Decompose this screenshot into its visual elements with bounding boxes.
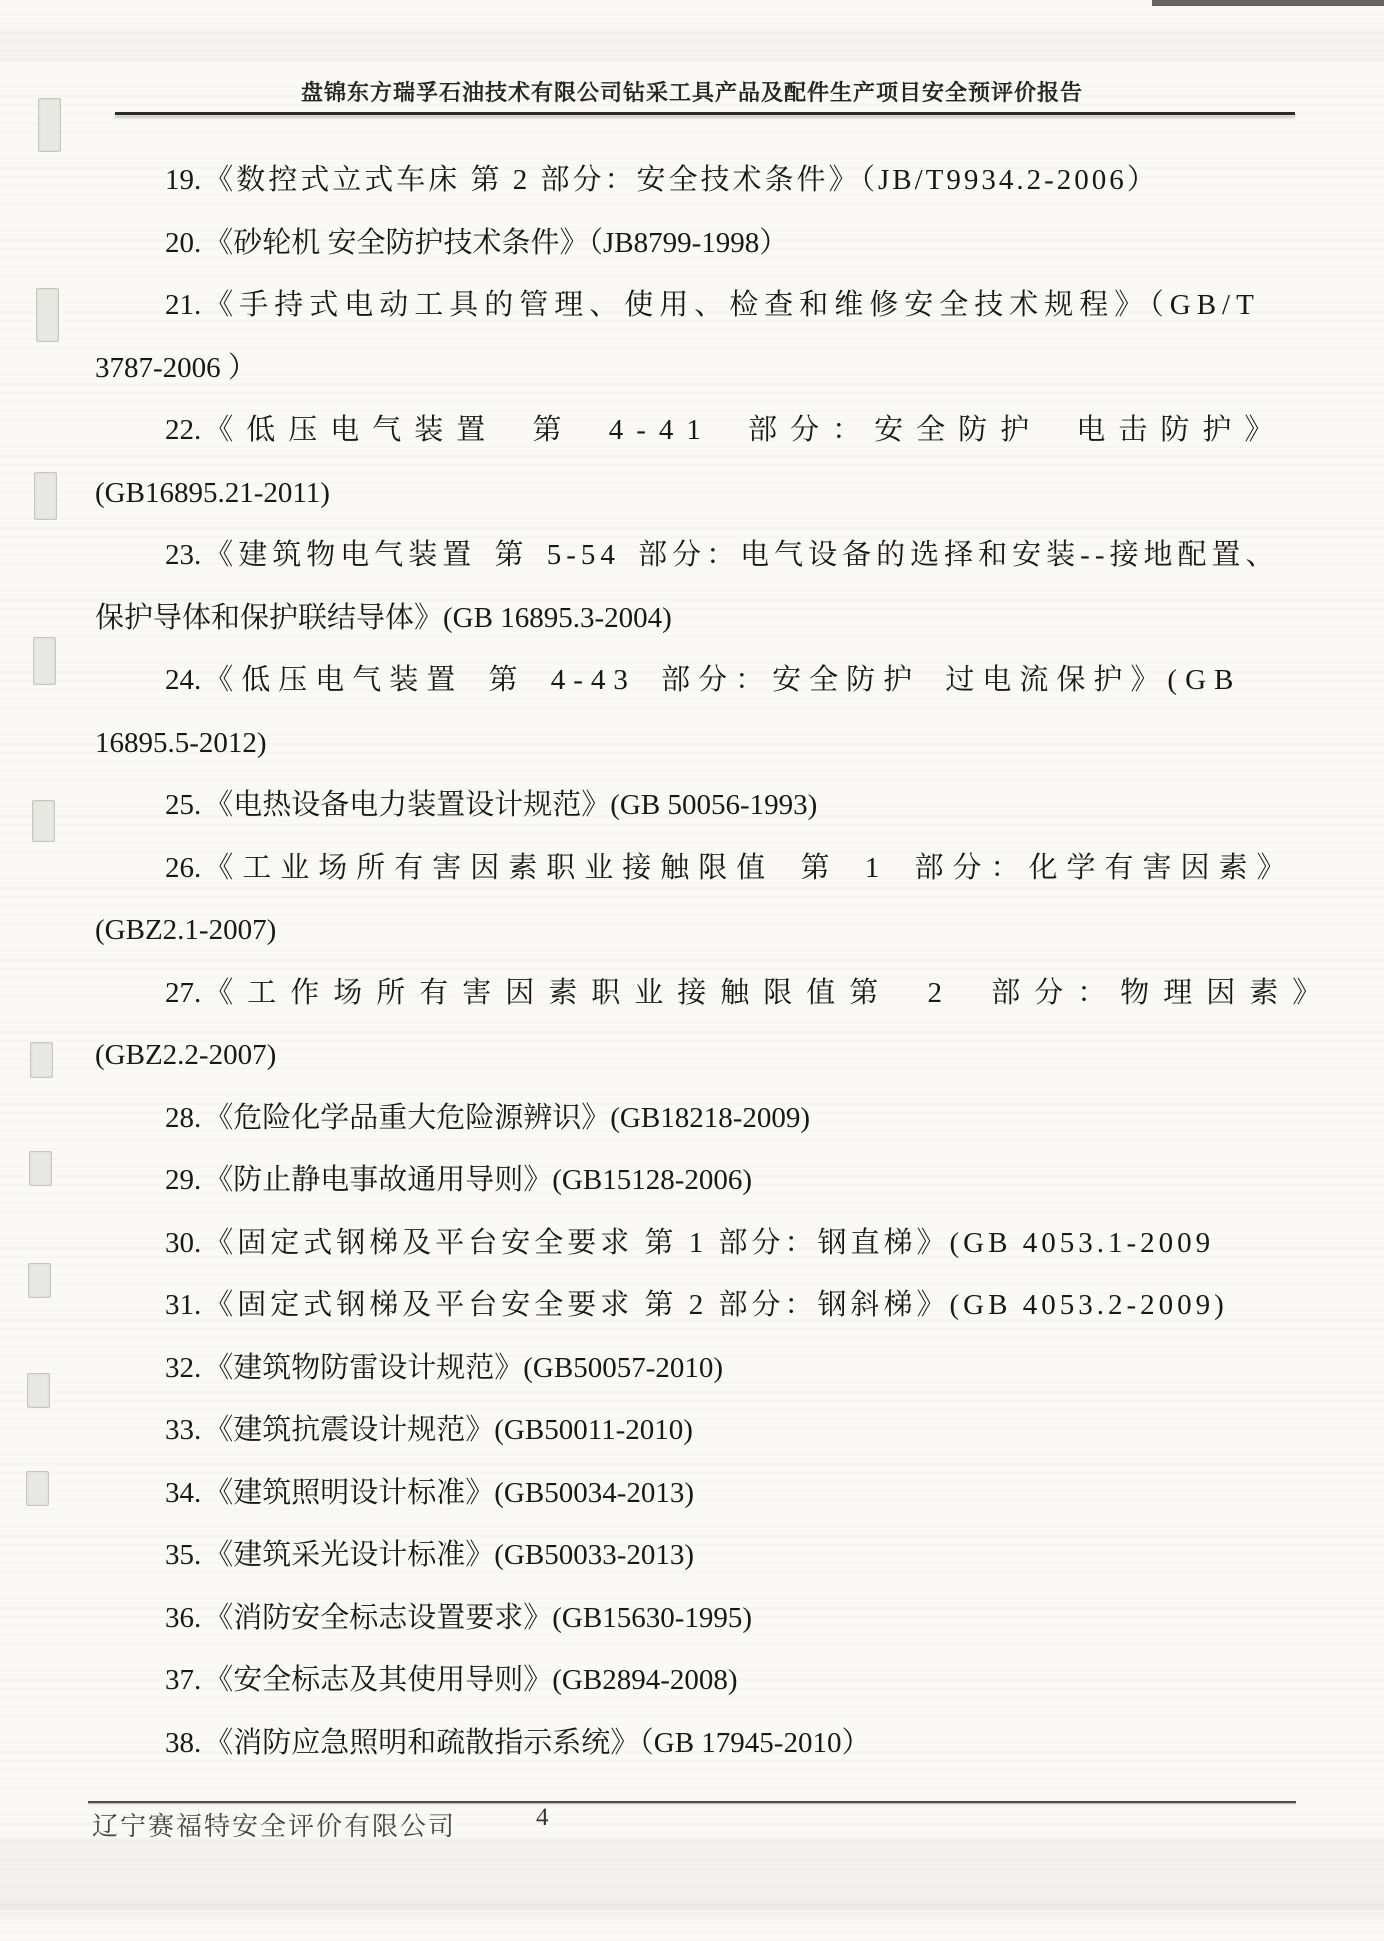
item-number: 23. xyxy=(165,524,201,587)
list-item: 27.《工作场所有害因素职业接触限值第 2 部分：物理因素》 xyxy=(95,962,1292,1025)
item-number: 33. xyxy=(165,1399,201,1462)
list-item-continuation: 保护导体和保护联结导体》(GB 16895.3-2004) xyxy=(95,587,1292,650)
item-text: 《砂轮机 安全防护技术条件》（JB8799-1998） xyxy=(204,227,788,259)
item-text: 《建筑物电气装置 第 5-54 部分：电气设备的选择和安装--接地配置、 xyxy=(204,539,1279,571)
list-item-continuation: 3787-2006 ） xyxy=(95,337,1292,400)
list-item-continuation: (GBZ2.2-2007) xyxy=(95,1024,1292,1087)
item-text: 《消防应急照明和疏散指示系统》（GB 17945-2010） xyxy=(204,1727,870,1759)
scan-streak xyxy=(0,28,1384,62)
item-number: 37. xyxy=(165,1649,201,1712)
item-number: 21. xyxy=(165,274,201,337)
binding-hole xyxy=(28,1263,51,1298)
item-text: 《固定式钢梯及平台安全要求 第 2 部分：钢斜梯》(GB 4053.2-2009… xyxy=(204,1289,1228,1321)
item-number: 24. xyxy=(165,649,201,712)
item-number: 36. xyxy=(165,1587,201,1650)
scan-edge-shadow xyxy=(1152,0,1384,6)
item-text: 《低压电气装置 第 4-41 部分：安全防护 电击防护》 xyxy=(204,414,1286,446)
list-item: 20.《砂轮机 安全防护技术条件》（JB8799-1998） xyxy=(95,212,1292,275)
item-text: 《电热设备电力装置设计规范》(GB 50056-1993) xyxy=(204,789,817,821)
list-item: 34.《建筑照明设计标准》(GB50034-2013) xyxy=(95,1462,1292,1525)
item-number: 29. xyxy=(165,1149,201,1212)
item-number: 25. xyxy=(165,774,201,837)
list-item: 26.《工业场所有害因素职业接触限值 第 1 部分：化学有害因素》 xyxy=(95,837,1292,900)
item-number: 30. xyxy=(165,1212,201,1275)
binding-hole xyxy=(26,1471,49,1506)
list-item-continuation: 16895.5-2012) xyxy=(95,712,1292,775)
item-text: 《消防安全标志设置要求》(GB15630-1995) xyxy=(204,1602,752,1634)
binding-hole xyxy=(29,1151,52,1186)
list-item: 38.《消防应急照明和疏散指示系统》（GB 17945-2010） xyxy=(95,1712,1292,1775)
binding-hole xyxy=(27,1373,50,1408)
item-text: 《低压电气装置 第 4-43 部分：安全防护 过电流保护》(GB xyxy=(204,664,1241,696)
binding-hole xyxy=(33,637,56,685)
list-item: 24.《低压电气装置 第 4-43 部分：安全防护 过电流保护》(GB xyxy=(95,649,1292,712)
list-item-continuation: (GBZ2.1-2007) xyxy=(95,899,1292,962)
item-text: 《工业场所有害因素职业接触限值 第 1 部分：化学有害因素》 xyxy=(204,852,1294,884)
item-text: 《防止静电事故通用导则》(GB15128-2006) xyxy=(204,1164,752,1196)
list-item: 32.《建筑物防雷设计规范》(GB50057-2010) xyxy=(95,1337,1292,1400)
binding-hole xyxy=(34,472,57,520)
item-number: 19. xyxy=(165,149,201,212)
item-number: 22. xyxy=(165,399,201,462)
item-text: 《工作场所有害因素职业接触限值第 2 部分：物理因素》 xyxy=(204,977,1335,1009)
binding-hole xyxy=(30,1042,53,1078)
item-number: 35. xyxy=(165,1524,201,1587)
item-number: 38. xyxy=(165,1712,201,1775)
item-text: 《手持式电动工具的管理、使用、检查和维修安全技术规程》（GB/T xyxy=(204,289,1260,321)
list-item: 21.《手持式电动工具的管理、使用、检查和维修安全技术规程》（GB/T xyxy=(95,274,1292,337)
item-text: 《安全标志及其使用导则》(GB2894-2008) xyxy=(204,1664,737,1696)
item-number: 34. xyxy=(165,1462,201,1525)
binding-hole xyxy=(36,288,59,342)
header-rule xyxy=(115,112,1295,115)
list-item: 29.《防止静电事故通用导则》(GB15128-2006) xyxy=(95,1149,1292,1212)
binding-hole xyxy=(32,800,55,842)
item-text: 《数控式立式车床 第 2 部分：安全技术条件》（JB/T9934.2-2006） xyxy=(204,164,1159,196)
scanned-document-page: { "document": { "header": { "title": "盘锦… xyxy=(0,0,1384,1941)
item-text: 《建筑抗震设计规范》(GB50011-2010) xyxy=(204,1414,693,1446)
list-item: 31.《固定式钢梯及平台安全要求 第 2 部分：钢斜梯》(GB 4053.2-2… xyxy=(95,1274,1292,1337)
page-number: 4 xyxy=(536,1804,549,1832)
list-item: 36.《消防安全标志设置要求》(GB15630-1995) xyxy=(95,1587,1292,1650)
scan-streak xyxy=(0,1900,1384,1920)
scan-streak xyxy=(0,1838,1384,1910)
page-header-title: 盘锦东方瑞孚石油技术有限公司钻采工具产品及配件生产项目安全预评价报告 xyxy=(0,76,1384,107)
item-number: 20. xyxy=(165,212,201,275)
item-number: 31. xyxy=(165,1274,201,1337)
list-item: 33.《建筑抗震设计规范》(GB50011-2010) xyxy=(95,1399,1292,1462)
list-item: 28.《危险化学品重大危险源辨识》(GB18218-2009) xyxy=(95,1087,1292,1150)
item-text: 《建筑物防雷设计规范》(GB50057-2010) xyxy=(204,1352,723,1384)
item-number: 28. xyxy=(165,1087,201,1150)
footer-rule xyxy=(88,1801,1296,1803)
item-text: 《固定式钢梯及平台安全要求 第 1 部分：钢直梯》(GB 4053.1-2009 xyxy=(204,1227,1214,1259)
list-item: 37.《安全标志及其使用导则》(GB2894-2008) xyxy=(95,1649,1292,1712)
list-item: 23.《建筑物电气装置 第 5-54 部分：电气设备的选择和安装--接地配置、 xyxy=(95,524,1292,587)
list-item-continuation: (GB16895.21-2011) xyxy=(95,462,1292,525)
list-item: 25.《电热设备电力装置设计规范》(GB 50056-1993) xyxy=(95,774,1292,837)
list-item: 35.《建筑采光设计标准》(GB50033-2013) xyxy=(95,1524,1292,1587)
item-number: 32. xyxy=(165,1337,201,1400)
list-item: 30.《固定式钢梯及平台安全要求 第 1 部分：钢直梯》(GB 4053.1-2… xyxy=(95,1212,1292,1275)
item-text: 《建筑采光设计标准》(GB50033-2013) xyxy=(204,1539,694,1571)
item-number: 26. xyxy=(165,837,201,900)
list-item: 19.《数控式立式车床 第 2 部分：安全技术条件》（JB/T9934.2-20… xyxy=(95,149,1292,212)
list-item: 22.《低压电气装置 第 4-41 部分：安全防护 电击防护》 xyxy=(95,399,1292,462)
footer-company-name: 辽宁赛福特安全评价有限公司 xyxy=(92,1806,456,1843)
item-number: 27. xyxy=(165,962,201,1025)
item-text: 《危险化学品重大危险源辨识》(GB18218-2009) xyxy=(204,1102,810,1134)
standards-list: 19.《数控式立式车床 第 2 部分：安全技术条件》（JB/T9934.2-20… xyxy=(95,149,1292,1774)
item-text: 《建筑照明设计标准》(GB50034-2013) xyxy=(204,1477,694,1509)
